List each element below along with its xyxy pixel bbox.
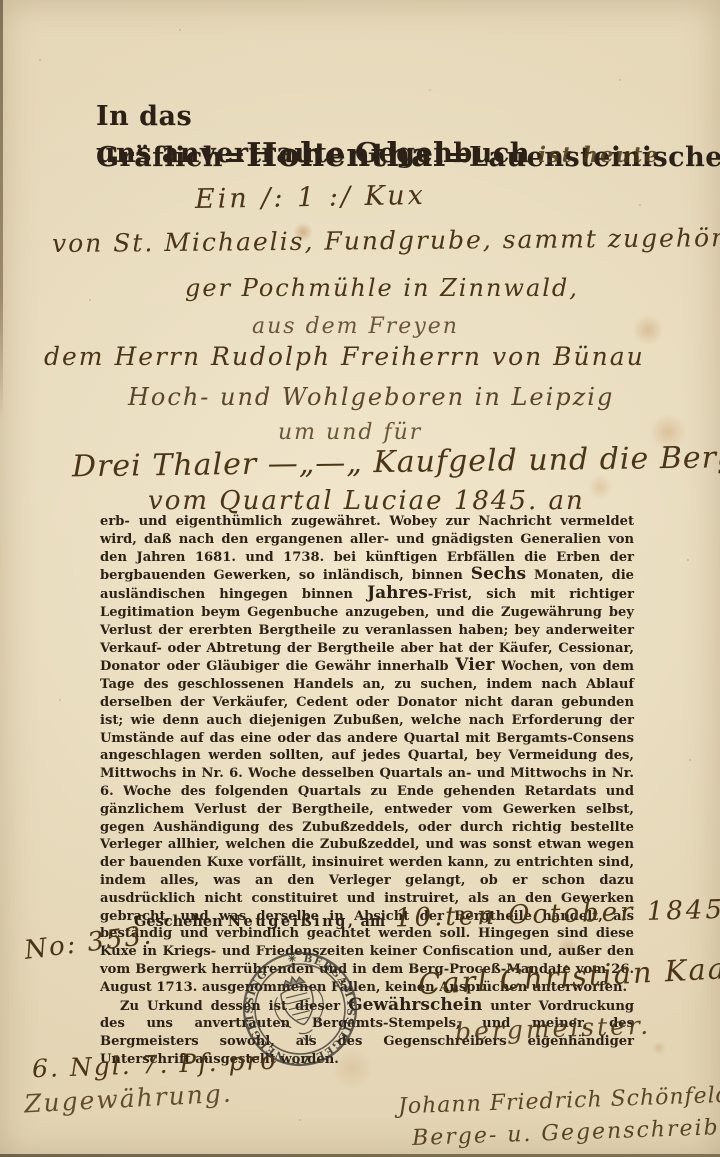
deed-title-line2: uns anvertraute Gegenbuchist heute bbox=[96, 138, 660, 169]
body-text-segment: Vier bbox=[455, 655, 494, 675]
handwritten-buyer-name: dem Herrn Rudolph Freiherrn von Bünau bbox=[44, 342, 645, 371]
handwritten-origin: aus dem Freyen bbox=[252, 314, 459, 339]
body-text-segment: Jahres bbox=[367, 583, 428, 603]
scan-edge-left bbox=[0, 0, 3, 420]
handwritten-ist-heute: ist heute bbox=[538, 142, 660, 167]
handwritten-kux-count: Ein /: 1 :/ Kux bbox=[195, 180, 426, 215]
execution-place: Neugeißing, bbox=[228, 913, 356, 930]
handwritten-mine-location: ger Pochmühle in Zinnwald, bbox=[185, 274, 579, 302]
execution-line: Geschehen Neugeißing, am10.ten October 1… bbox=[134, 903, 720, 933]
handwritten-quarter: vom Quartal Luciae 1845. an bbox=[148, 486, 585, 516]
body-text-segment: Sechs bbox=[471, 564, 526, 584]
seal-coat-of-arms bbox=[268, 971, 331, 1047]
deed-title-line2-text: uns anvertraute Gegenbuch bbox=[96, 138, 530, 169]
execution-printed-post: am bbox=[355, 913, 385, 930]
handwritten-mine-name: von St. Michaelis, Fundgrube, sammt zuge… bbox=[52, 223, 720, 258]
handwritten-connector: um und für bbox=[278, 420, 422, 445]
body-text-segment: Wochen, von dem Tage des geschlossenen H… bbox=[100, 659, 634, 994]
handwritten-buyer-residence: Hoch- und Wohlgeboren in Leipzig bbox=[128, 383, 614, 411]
